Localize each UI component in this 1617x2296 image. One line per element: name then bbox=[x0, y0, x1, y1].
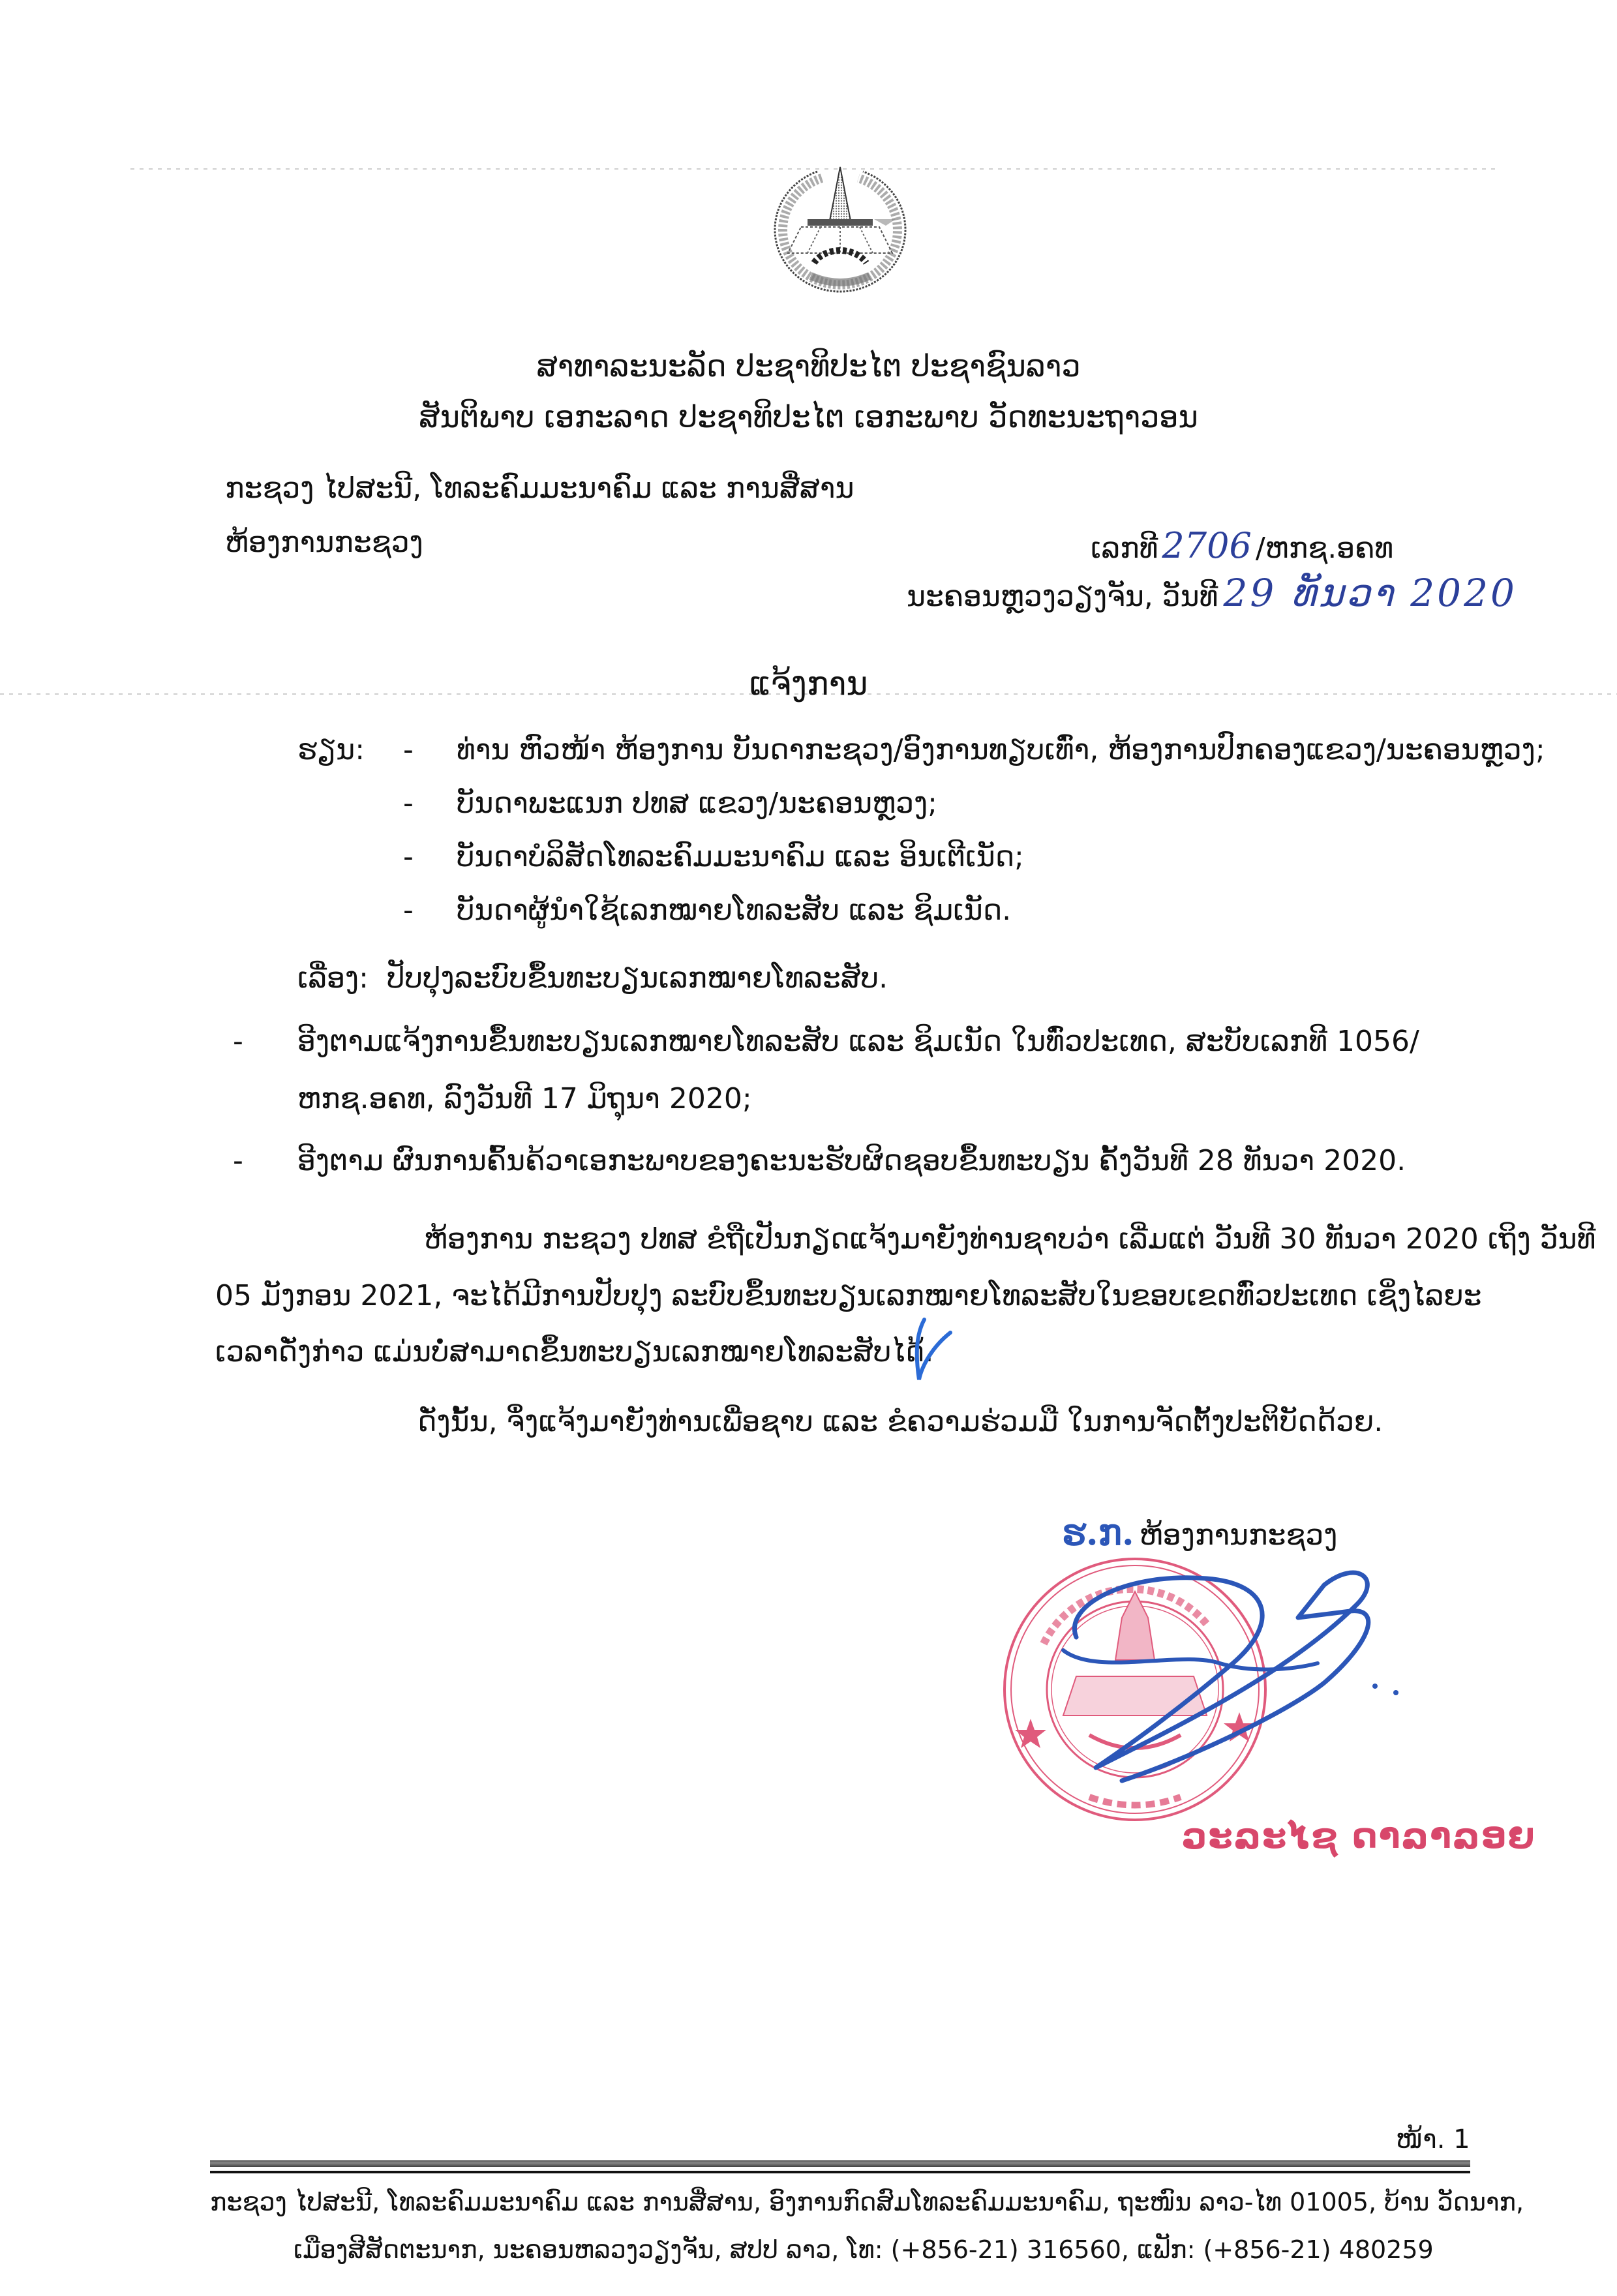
signer-name: ວະລະໄຊ ດາລາລອຍ bbox=[1182, 1819, 1536, 1854]
reference-number: ເລກທີ2706/ຫກຊ.ອຄທ bbox=[1091, 528, 1393, 564]
place-and-date: ນະຄອນຫຼວງວຽງຈັນ, ວັນທີ29 ທັນວາ 2020 bbox=[907, 574, 1517, 612]
issuing-office: ຫ້ອງການກະຊວງ bbox=[225, 528, 423, 557]
body-paragraph-line: ເວລາດັ່ງກ່າວ ແມ່ນບໍ່ສາມາດຂຶ້ນທະບຽນເລກໝາຍ… bbox=[215, 1338, 933, 1367]
body-paragraph-line: ຫ້ອງການ ກະຊວງ ປທສ ຂໍຖືເປັນກຽດແຈ້ງມາຍັງທ່… bbox=[424, 1225, 1595, 1254]
list-bullet: - bbox=[403, 843, 414, 871]
recipient-item: ບັນດາພະແນກ ປທສ ແຂວງ/ນະຄອນຫຼວງ; bbox=[457, 789, 937, 818]
reference-prefix: ເລກທີ bbox=[1091, 532, 1158, 565]
list-bullet: - bbox=[403, 789, 414, 818]
subject-text: ປັບປຸງລະບົບຂຶ້ນທະບຽນເລກໝາຍໂທລະສັບ. bbox=[387, 961, 888, 995]
recipient-item: ທ່ານ ຫົວໜ້າ ຫ້ອງການ ບັນດາກະຊວງ/ອົງການທຽບ… bbox=[457, 736, 1545, 764]
list-bullet: - bbox=[403, 896, 414, 925]
body-paragraph-line: 05 ມັງກອນ 2021, ຈະໄດ້ມີການປັບປຸງ ລະບົບຂຶ… bbox=[215, 1282, 1481, 1310]
issuing-ministry: ກະຊວງ ໄປສະນີ, ໂທລະຄົມມະນາຄົມ ແລະ ການສື່ສ… bbox=[225, 474, 854, 503]
handwritten-signature-icon bbox=[1018, 1546, 1435, 1833]
recipients-label: ຮຽນ: bbox=[297, 736, 365, 764]
motto-heading: ສັນຕິພາບ ເອກະລາດ ປະຊາທິປະໄຕ ເອກະພາບ ວັດທ… bbox=[0, 402, 1617, 432]
reference-item-line: ອີງຕາມແຈ້ງການຂຶ້ນທະບຽນເລກໝາຍໂທລະສັບ ແລະ … bbox=[297, 1027, 1419, 1056]
handwritten-initial-icon bbox=[910, 1314, 962, 1386]
signatory-role: ຮ.ກ.ຫ້ອງການກະຊວງ bbox=[1062, 1515, 1337, 1550]
reference-item-line: ອີງຕາມ ຜົນການຄົ້ນຄ້ວາເອກະພາບຂອງຄະນະຮັບຜິ… bbox=[297, 1147, 1406, 1175]
country-heading: ສາທາລະນະລັດ ປະຊາທິປະໄຕ ປະຊາຊົນລາວ bbox=[0, 351, 1617, 381]
reference-number-handwritten: 2706 bbox=[1162, 525, 1251, 566]
page-number: ໜ້າ. 1 bbox=[1396, 2126, 1470, 2152]
footer-rule bbox=[210, 2160, 1470, 2167]
lao-national-emblem-icon bbox=[762, 155, 918, 294]
list-bullet: - bbox=[403, 736, 414, 764]
list-bullet: - bbox=[233, 1027, 243, 1056]
place-prefix: ນະຄອນຫຼວງວຽງຈັນ, ວັນທີ bbox=[907, 580, 1218, 613]
list-bullet: - bbox=[233, 1147, 243, 1175]
subject-label: ເລື່ອງ: bbox=[297, 961, 369, 995]
footer-address-line: ກະຊວງ ໄປສະນີ, ໂທລະຄົມມະນາຄົມ ແລະ ການສື່ສ… bbox=[210, 2190, 1524, 2214]
subject-line: ເລື່ອງ: ປັບປຸງລະບົບຂຶ້ນທະບຽນເລກໝາຍໂທລະສັ… bbox=[297, 964, 888, 993]
reference-suffix: /ຫກຊ.ອຄທ bbox=[1256, 532, 1393, 565]
date-handwritten: 29 ທັນວາ 2020 bbox=[1223, 571, 1517, 615]
closing-sentence: ດັ່ງນັ້ນ, ຈຶ່ງແຈ້ງມາຍັງທ່ານເພື່ອຊາບ ແລະ … bbox=[417, 1408, 1383, 1436]
footer-contact-line: ເມືອງສີສັດຕະນາກ, ນະຄອນຫລວງວຽງຈັນ, ສປປ ລາ… bbox=[294, 2237, 1434, 2262]
footer-rule-thin bbox=[210, 2171, 1470, 2173]
document-title: ແຈ້ງການ bbox=[0, 667, 1617, 700]
recipient-item: ບັນດາຜູ້ນຳໃຊ້ເລກໝາຍໂທລະສັບ ແລະ ຊິມເນັດ. bbox=[457, 896, 1011, 925]
reference-item-line: ຫກຊ.ອຄທ, ລົງວັນທີ 17 ມິຖຸນາ 2020; bbox=[297, 1085, 752, 1113]
recipient-item: ບັນດາບໍລິສັດໂທລະຄົມມະນາຄົມ ແລະ ອິນເຕີເນັ… bbox=[457, 843, 1024, 871]
